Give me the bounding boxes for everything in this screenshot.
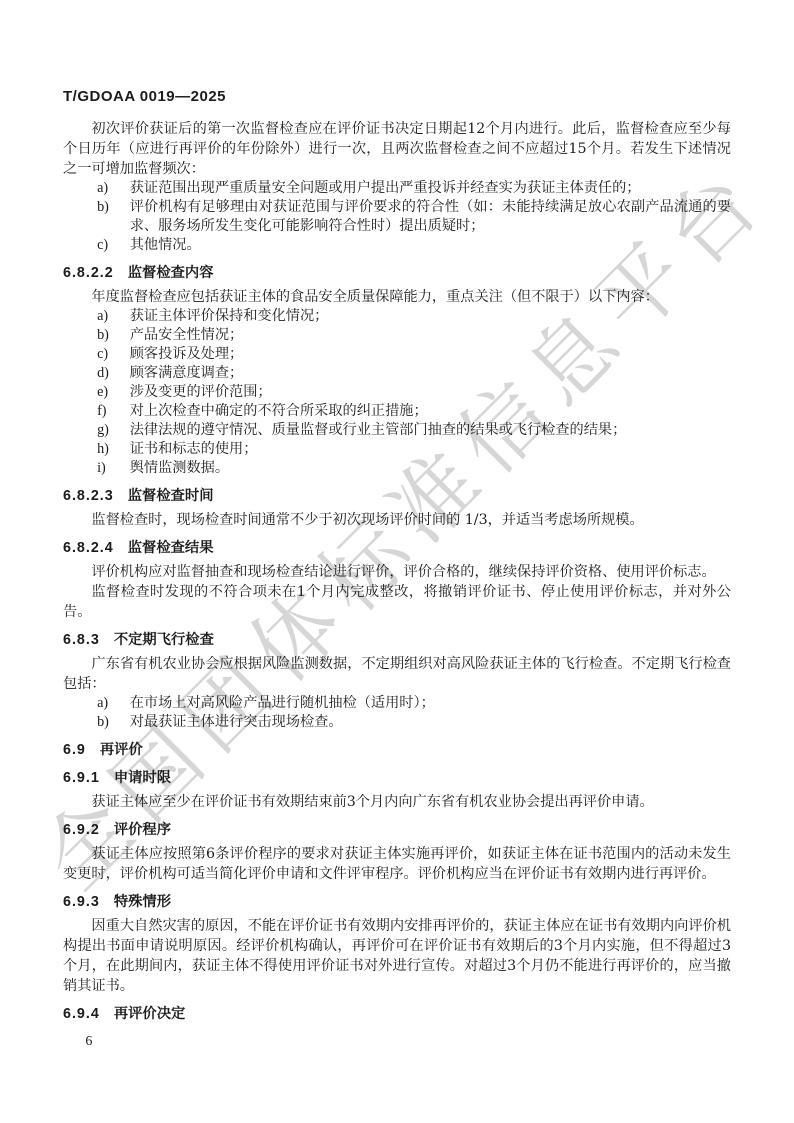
section-number: 6.8.3 (63, 630, 100, 650)
list-item: b)对最获证主体进行突击现场检查。 (63, 713, 731, 732)
section-heading-6823: 6.8.2.3监督检查时间 (63, 486, 731, 506)
section-title: 特殊情形 (114, 892, 171, 912)
list-item: c)其他情况。 (63, 236, 731, 255)
list-item: a)获证主体评价保持和变化情况； (63, 307, 731, 326)
list-item: i)舆情监测数据。 (63, 459, 731, 478)
section-paragraph: 监督检查时，现场检查时间通常不少于初次现场评价时间的 1/3，并适当考虑场所规模… (63, 510, 731, 530)
list-item-label: h) (97, 440, 109, 459)
intro-list: a)获证范围出现严重质量安全问题或用户提出严重投诉并经查实为获证主体责任的； b… (63, 179, 731, 255)
list-item-text: 获证主体评价保持和变化情况； (130, 308, 329, 324)
section-number: 6.9.4 (63, 1004, 100, 1024)
section-number: 6.9.3 (63, 892, 100, 912)
list-item: e)涉及变更的评价范围； (63, 383, 731, 402)
list-item-label: c) (97, 345, 108, 364)
list-item-label: i) (97, 459, 106, 478)
section-paragraph: 年度监督检查应包括获证主体的食品安全质量保障能力，重点关注（但不限于）以下内容： (63, 287, 731, 307)
list-item: g)法律法规的遵守情况、质量监督或行业主管部门抽查的结果或飞行检查的结果； (63, 421, 731, 440)
section-number: 6.9.2 (63, 820, 100, 840)
list-item: b)评价机构有足够理由对获证范围与评价要求的符合性（如：未能持续满足放心农副产品… (63, 198, 731, 236)
list-item: c)顾客投诉及处理； (63, 345, 731, 364)
section-number: 6.9 (63, 740, 86, 760)
section-title: 再评价决定 (114, 1004, 185, 1024)
section-number: 6.8.2.4 (63, 538, 114, 558)
section-paragraph: 获证主体应至少在评价证书有效期结束前3个月内向广东省有机农业协会提出再评价申请。 (63, 792, 731, 812)
list-item-label: b) (97, 713, 109, 732)
list-item: f)对上次检查中确定的不符合所采取的纠正措施； (63, 402, 731, 421)
list-item-text: 其他情况。 (130, 237, 201, 253)
document-page: 全国团体标准信息平台 T/GDOAA 0019—2025 初次评价获证后的第一次… (0, 0, 794, 1123)
section-heading-693: 6.9.3特殊情形 (63, 892, 731, 912)
list-item-text: 顾客投诉及处理； (130, 346, 244, 362)
section-paragraph: 广东省有机农业协会应根据风险监测数据，不定期组织对高风险获证主体的飞行检查。不定… (63, 654, 731, 694)
list-item: a)获证范围出现严重质量安全问题或用户提出严重投诉并经查实为获证主体责任的； (63, 179, 731, 198)
section-title: 监督检查内容 (128, 263, 214, 283)
section-paragraph: 评价机构应对监督抽查和现场检查结论进行评价，评价合格的，继续保持评价资格、使用评… (63, 562, 731, 582)
list-item-label: a) (97, 179, 108, 198)
supervision-content-list: a)获证主体评价保持和变化情况； b)产品安全性情况； c)顾客投诉及处理； d… (63, 307, 731, 478)
flight-check-list: a)在市场上对高风险产品进行随机抽检（适用时）； b)对最获证主体进行突击现场检… (63, 694, 731, 732)
section-heading-69: 6.9再评价 (63, 740, 731, 760)
section-number: 6.8.2.3 (63, 486, 114, 506)
section-title: 监督检查结果 (128, 538, 214, 558)
section-heading-6824: 6.8.2.4监督检查结果 (63, 538, 731, 558)
section-heading-691: 6.9.1申请时限 (63, 768, 731, 788)
list-item-text: 证书和标志的使用； (130, 441, 258, 457)
intro-paragraph: 初次评价获证后的第一次监督检查应在评价证书决定日期起12个月内进行。此后，监督检… (63, 119, 731, 179)
section-paragraph: 获证主体应按照第6条评价程序的要求对获证主体实施再评价，如获证主体在证书范围内的… (63, 844, 731, 884)
section-title: 不定期飞行检查 (114, 630, 214, 650)
list-item: h)证书和标志的使用； (63, 440, 731, 459)
list-item-label: e) (97, 383, 108, 402)
list-item-label: a) (97, 694, 108, 713)
list-item-label: a) (97, 307, 108, 326)
list-item-label: c) (97, 236, 108, 255)
section-title: 监督检查时间 (128, 486, 214, 506)
section-heading-694: 6.9.4再评价决定 (63, 1004, 731, 1024)
list-item-text: 涉及变更的评价范围； (130, 384, 272, 400)
list-item-text: 获证范围出现严重质量安全问题或用户提出严重投诉并经查实为获证主体责任的； (130, 180, 641, 196)
list-item-label: f) (97, 402, 106, 421)
list-item-label: d) (97, 364, 109, 383)
section-heading-6822: 6.8.2.2监督检查内容 (63, 263, 731, 283)
list-item-label: b) (97, 326, 109, 345)
list-item-text: 产品安全性情况； (130, 327, 244, 343)
section-paragraph: 监督检查时发现的不符合项未在1个月内完成整改，将撤销评价证书、停止使用评价标志，… (63, 582, 731, 622)
list-item-text: 舆情监测数据。 (130, 460, 229, 476)
list-item-text: 评价机构有足够理由对获证范围与评价要求的符合性（如：未能持续满足放心农副产品流通… (130, 199, 731, 234)
section-number: 6.9.1 (63, 768, 100, 788)
list-item-text: 顾客满意度调查； (130, 365, 244, 381)
list-item-text: 在市场上对高风险产品进行随机抽检（适用时）； (130, 695, 435, 711)
list-item: d)顾客满意度调查； (63, 364, 731, 383)
list-item-text: 对上次检查中确定的不符合所采取的纠正措施； (130, 403, 428, 419)
document-code-header: T/GDOAA 0019—2025 (63, 88, 731, 105)
list-item-text: 法律法规的遵守情况、质量监督或行业主管部门抽查的结果或飞行检查的结果； (130, 422, 627, 438)
list-item: b)产品安全性情况； (63, 326, 731, 345)
list-item-text: 对最获证主体进行突击现场检查。 (130, 714, 343, 730)
section-number: 6.8.2.2 (63, 263, 114, 283)
section-title: 再评价 (100, 740, 143, 760)
section-title: 申请时限 (114, 768, 171, 788)
list-item: a)在市场上对高风险产品进行随机抽检（适用时）； (63, 694, 731, 713)
page-number: 6 (85, 1034, 731, 1050)
list-item-label: b) (97, 198, 109, 217)
section-heading-683: 6.8.3不定期飞行检查 (63, 630, 731, 650)
section-paragraph: 因重大自然灾害的原因，不能在评价证书有效期内安排再评价的，获证主体应在证书有效期… (63, 916, 731, 996)
list-item-label: g) (97, 421, 109, 440)
section-heading-692: 6.9.2评价程序 (63, 820, 731, 840)
section-title: 评价程序 (114, 820, 171, 840)
page-content: T/GDOAA 0019—2025 初次评价获证后的第一次监督检查应在评价证书决… (63, 88, 731, 1050)
